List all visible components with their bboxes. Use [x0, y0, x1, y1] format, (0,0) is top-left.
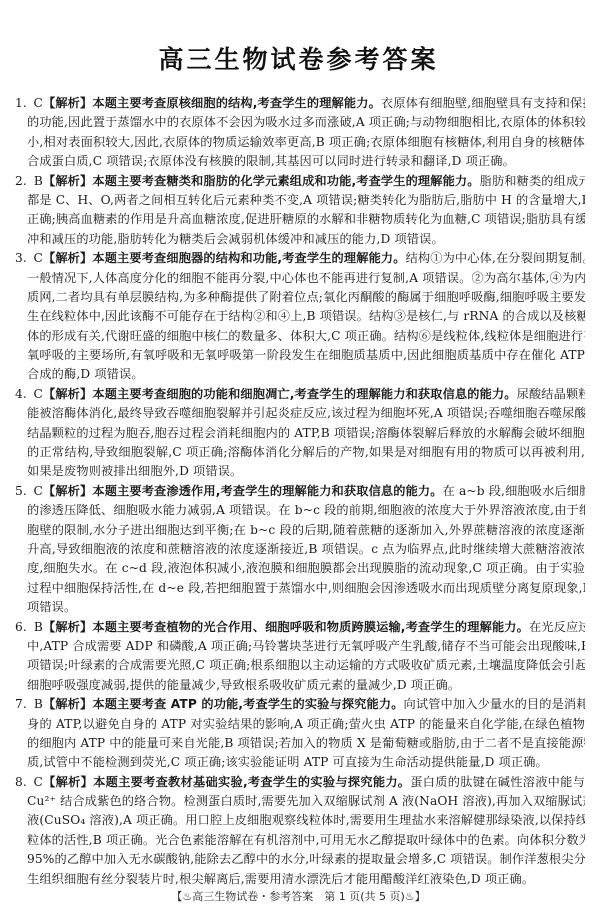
question-summary: 本题主要考查原核细胞的结构,考查学生的理解能力。: [92, 96, 381, 110]
question-summary: 本题主要考查糖类和脂肪的化学元素组成和功能,考查学生的理解能力。: [92, 174, 479, 188]
answer-line: 95%的乙醇中加入无水碳酸钠,能除去乙醇中的水分,叶绿素的提取量会增多,C 项错…: [15, 850, 585, 869]
answer-item-4: 4. C【解析】本题主要考查细胞的功能和细胞凋亡,考查学生的理解能力和获取信息的…: [15, 385, 585, 482]
answer-line: 体的形成有关,代谢旺盛的细胞中核仁的数量多、体积大,C 项正确。结构⑥是线粒体,…: [15, 327, 585, 346]
answer-line: 正确;胰高血糖素的作用是升高血糖浓度,促进肝糖原的水解和非糖物质转化为血糖,C …: [15, 210, 585, 229]
answer-line: 的功能,因此置于蒸馏水中的衣原体不会因为吸水过多而涨破,A 项正确;与动物细胞相…: [15, 113, 585, 132]
analysis-tag: 【解析】: [43, 174, 92, 188]
question-summary: 本题主要考查教材基础实验,考查学生的实验与探究能力。: [93, 775, 410, 789]
answer-item-1: 1. C【解析】本题主要考查原核细胞的结构,考查学生的理解能力。衣原体有细胞壁,…: [15, 94, 585, 172]
analysis-tag: 【解析】: [43, 387, 92, 401]
footer-page-info: 高三生物试卷・参考答案 第 1 页(共 5 页): [192, 890, 405, 903]
answer-text: 结构①为中心体,在分裂间期复制。: [406, 251, 585, 265]
answer-line: 冲和减压的功能,脂肪转化为糖类后会减弱机体缓冲和减压的能力,D 项错误。: [15, 230, 585, 249]
answer-line: 身的 ATP,以避免自身的 ATP 对实验结果的影响,A 项正确;萤火虫 ATP…: [15, 715, 585, 734]
footer-bracket-right: 】: [415, 890, 426, 903]
answer-line: 生组织细胞有丝分裂装片时,根尖解离后,需要用清水漂洗后才能用醋酸洋红液染色,D …: [15, 870, 585, 889]
answer-text: 在光反应过程: [529, 620, 585, 634]
answer-text: 衣原体有细胞壁,细胞壁具有支持和保护: [381, 96, 585, 110]
answer-text: 尿酸结晶颗粒不: [517, 387, 585, 401]
answer-line: 质,试管中不能检测到荧光,C 项正确;该实验能证明 ATP 可直接为生命活动提供…: [15, 753, 585, 772]
answer-text: 向试管中加入少量水的目的是消耗自: [404, 697, 585, 711]
answer-line: 生在线粒体中,因此该酶不可能存在于结构②和④上,B 项错误。结构③是核仁,与 r…: [15, 307, 585, 326]
analysis-tag: 【解析】: [43, 620, 92, 634]
question-number: 4. C: [15, 385, 43, 404]
answer-line: 度,细胞失水。在 c~d 段,液泡体积减小,液泡膜和细胞膜都会出现膜脂的流动现象…: [15, 559, 585, 578]
question-number: 1. C: [15, 94, 43, 113]
answer-item-5: 5. C【解析】本题主要考查渗透作用,考查学生的理解能力和获取信息的能力。在 a…: [15, 482, 585, 618]
answer-line: 胞壁的限制,水分子进出细胞达到平衡;在 b~c 段的后期,随着蔗糖的逐渐加入,外…: [15, 521, 585, 540]
answer-line: 的渗透压降低、细胞吸水能力减弱,A 项错误。在 b~c 段的前期,细胞液的浓度大…: [15, 501, 585, 520]
question-number: 2. B: [15, 172, 43, 191]
answer-line: 质网,二者均具有单层膜结构,为多种酶提供了附着位点;氧化丙酮酸的酶属于细胞呼吸酶…: [15, 288, 585, 307]
answer-text: 蛋白质的肽键在碱性溶液中能与: [410, 775, 585, 789]
question-summary: 本题主要考查渗透作用,考查学生的理解能力和获取信息的能力。: [92, 484, 442, 498]
answer-line: 的正常结构,导致细胞裂解,C 项正确;溶酶体消化分解后的产物,如果是对细胞有用的…: [15, 443, 585, 462]
publisher-logo-icon: ♨: [182, 890, 192, 903]
answer-text: 在 a~b 段,细胞吸水后细胞液: [443, 484, 585, 498]
answer-line: 2. B【解析】本题主要考查糖类和脂肪的化学元素组成和功能,考查学生的理解能力。…: [15, 172, 585, 191]
answer-text: 脂肪和糖类的组成元素: [480, 174, 585, 188]
answer-line: 7. B【解析】本题主要考查 ATP 的功能,考查学生的实验与探究能力。向试管中…: [15, 695, 585, 714]
answer-line: 1. C【解析】本题主要考查原核细胞的结构,考查学生的理解能力。衣原体有细胞壁,…: [15, 94, 585, 113]
answer-list: 1. C【解析】本题主要考查原核细胞的结构,考查学生的理解能力。衣原体有细胞壁,…: [15, 94, 585, 889]
question-summary: 本题主要考查 ATP 的功能,考查学生的实验与探究能力。: [92, 697, 403, 711]
answer-line: 液(CuSO₄ 溶液),A 项正确。用口腔上皮细胞观察线粒体时,需要用生理盐水来…: [15, 811, 585, 830]
answer-line: 的细胞内 ATP 中的能量可来自光能,B 项错误;若加入的物质 X 是葡萄糖或脂…: [15, 734, 585, 753]
question-number: 8. C: [15, 773, 43, 792]
answer-line: 升高,导致细胞液的浓度和蔗糖溶液的浓度逐渐接近,B 项错误。c 点为临界点,此时…: [15, 540, 585, 559]
answer-line: 如果是废物则被排出细胞外,D 项错误。: [15, 462, 585, 481]
question-number: 6. B: [15, 618, 43, 637]
footer-bracket-left: 【: [171, 890, 182, 903]
answer-line: 6. B【解析】本题主要考查植物的光合作用、细胞呼吸和物质跨膜运输,考查学生的理…: [15, 618, 585, 637]
answer-line: 结晶颗粒的过程为胞吞,胞吞过程会消耗细胞内的 ATP,B 项错误;溶酶体裂解后释…: [15, 424, 585, 443]
answer-line: 一般情况下,人体高度分化的细胞不能再分裂,中心体也不能再进行复制,A 项错误。②…: [15, 269, 585, 288]
answer-line: 过程中细胞保持活性,在 d~e 段,若把细胞置于蒸馏水中,则细胞会因渗透吸水而出…: [15, 579, 585, 598]
answer-line: 细胞呼吸强度减弱,提供的能量减少,导致根系吸收矿质元素的量减少,D 项正确。: [15, 676, 585, 695]
answer-line: 3. C【解析】本题主要考查细胞器的结构和功能,考查学生的理解能力。结构①为中心…: [15, 249, 585, 268]
answer-line: 4. C【解析】本题主要考查细胞的功能和细胞凋亡,考查学生的理解能力和获取信息的…: [15, 385, 585, 404]
question-summary: 本题主要考查植物的光合作用、细胞呼吸和物质跨膜运输,考查学生的理解能力。: [92, 620, 529, 634]
answer-line: 5. C【解析】本题主要考查渗透作用,考查学生的理解能力和获取信息的能力。在 a…: [15, 482, 585, 501]
analysis-tag: 【解析】: [43, 484, 92, 498]
answer-line: 合成蛋白质,C 项错误;衣原体没有核膜的限制,其基因可以同时进行转录和翻译,D …: [15, 152, 585, 171]
answer-item-2: 2. B【解析】本题主要考查糖类和脂肪的化学元素组成和功能,考查学生的理解能力。…: [15, 172, 585, 250]
answer-item-3: 3. C【解析】本题主要考查细胞器的结构和功能,考查学生的理解能力。结构①为中心…: [15, 249, 585, 385]
answer-line: 都是 C、H、O,两者之间相互转化后元素种类不变,A 项错误;糖类转化为脂肪后,…: [15, 191, 585, 210]
answer-item-7: 7. B【解析】本题主要考查 ATP 的功能,考查学生的实验与探究能力。向试管中…: [15, 695, 585, 773]
question-summary: 本题主要考查细胞的功能和细胞凋亡,考查学生的理解能力和获取信息的能力。: [92, 387, 516, 401]
answer-item-6: 6. B【解析】本题主要考查植物的光合作用、细胞呼吸和物质跨膜运输,考查学生的理…: [15, 618, 585, 696]
analysis-tag: 【解析】: [43, 697, 92, 711]
answer-line: Cu²⁺ 结合成紫色的络合物。检测蛋白质时,需要先加入双缩脲试剂 A 液(NaO…: [15, 792, 585, 811]
question-number: 3. C: [15, 249, 43, 268]
publisher-logo-icon: ♨: [405, 890, 415, 903]
analysis-tag: 【解析】: [43, 251, 92, 265]
analysis-tag: 【解析】: [43, 775, 93, 789]
answer-line: 氧呼吸的主要场所,有氧呼吸和无氧呼吸第一阶段发生在细胞质基质中,因此细胞质基质中…: [15, 346, 585, 365]
answer-line: 小,相对表面积较大,因此,衣原体的物质运输效率更高,B 项正确;衣原体细胞有核糖…: [15, 133, 585, 152]
answer-line: 粒体的活性,B 项正确。光合色素能溶解在有机溶剂中,可用无水乙醇提取叶绿体中的色…: [15, 831, 585, 850]
question-summary: 本题主要考查细胞器的结构和功能,考查学生的理解能力。: [92, 251, 405, 265]
analysis-tag: 【解析】: [43, 96, 92, 110]
answer-line: 合成的酶,D 项错误。: [15, 365, 585, 384]
answer-line: 能被溶酶体消化,最终导致吞噬细胞裂解并引起炎症反应,该过程为细胞坏死,A 项错误…: [15, 404, 585, 423]
answer-line: 中,ATP 合成需要 ADP 和磷酸,A 项正确;马铃薯块茎进行无氧呼吸产生乳酸…: [15, 637, 585, 656]
answer-line: 项错误;叶绿素的合成需要光照,C 项正确;根系细胞以主动运输的方式吸收矿质元素,…: [15, 656, 585, 675]
question-number: 5. C: [15, 482, 43, 501]
page-footer: 【♨高三生物试卷・参考答案 第 1 页(共 5 页)♨】: [0, 888, 597, 904]
question-number: 7. B: [15, 695, 43, 714]
answer-item-8: 8. C【解析】本题主要考查教材基础实验,考查学生的实验与探究能力。蛋白质的肽键…: [15, 773, 585, 889]
answer-line: 项错误。: [15, 598, 585, 617]
page-title: 高三生物试卷参考答案: [0, 40, 597, 76]
answer-line: 8. C【解析】本题主要考查教材基础实验,考查学生的实验与探究能力。蛋白质的肽键…: [15, 773, 585, 792]
